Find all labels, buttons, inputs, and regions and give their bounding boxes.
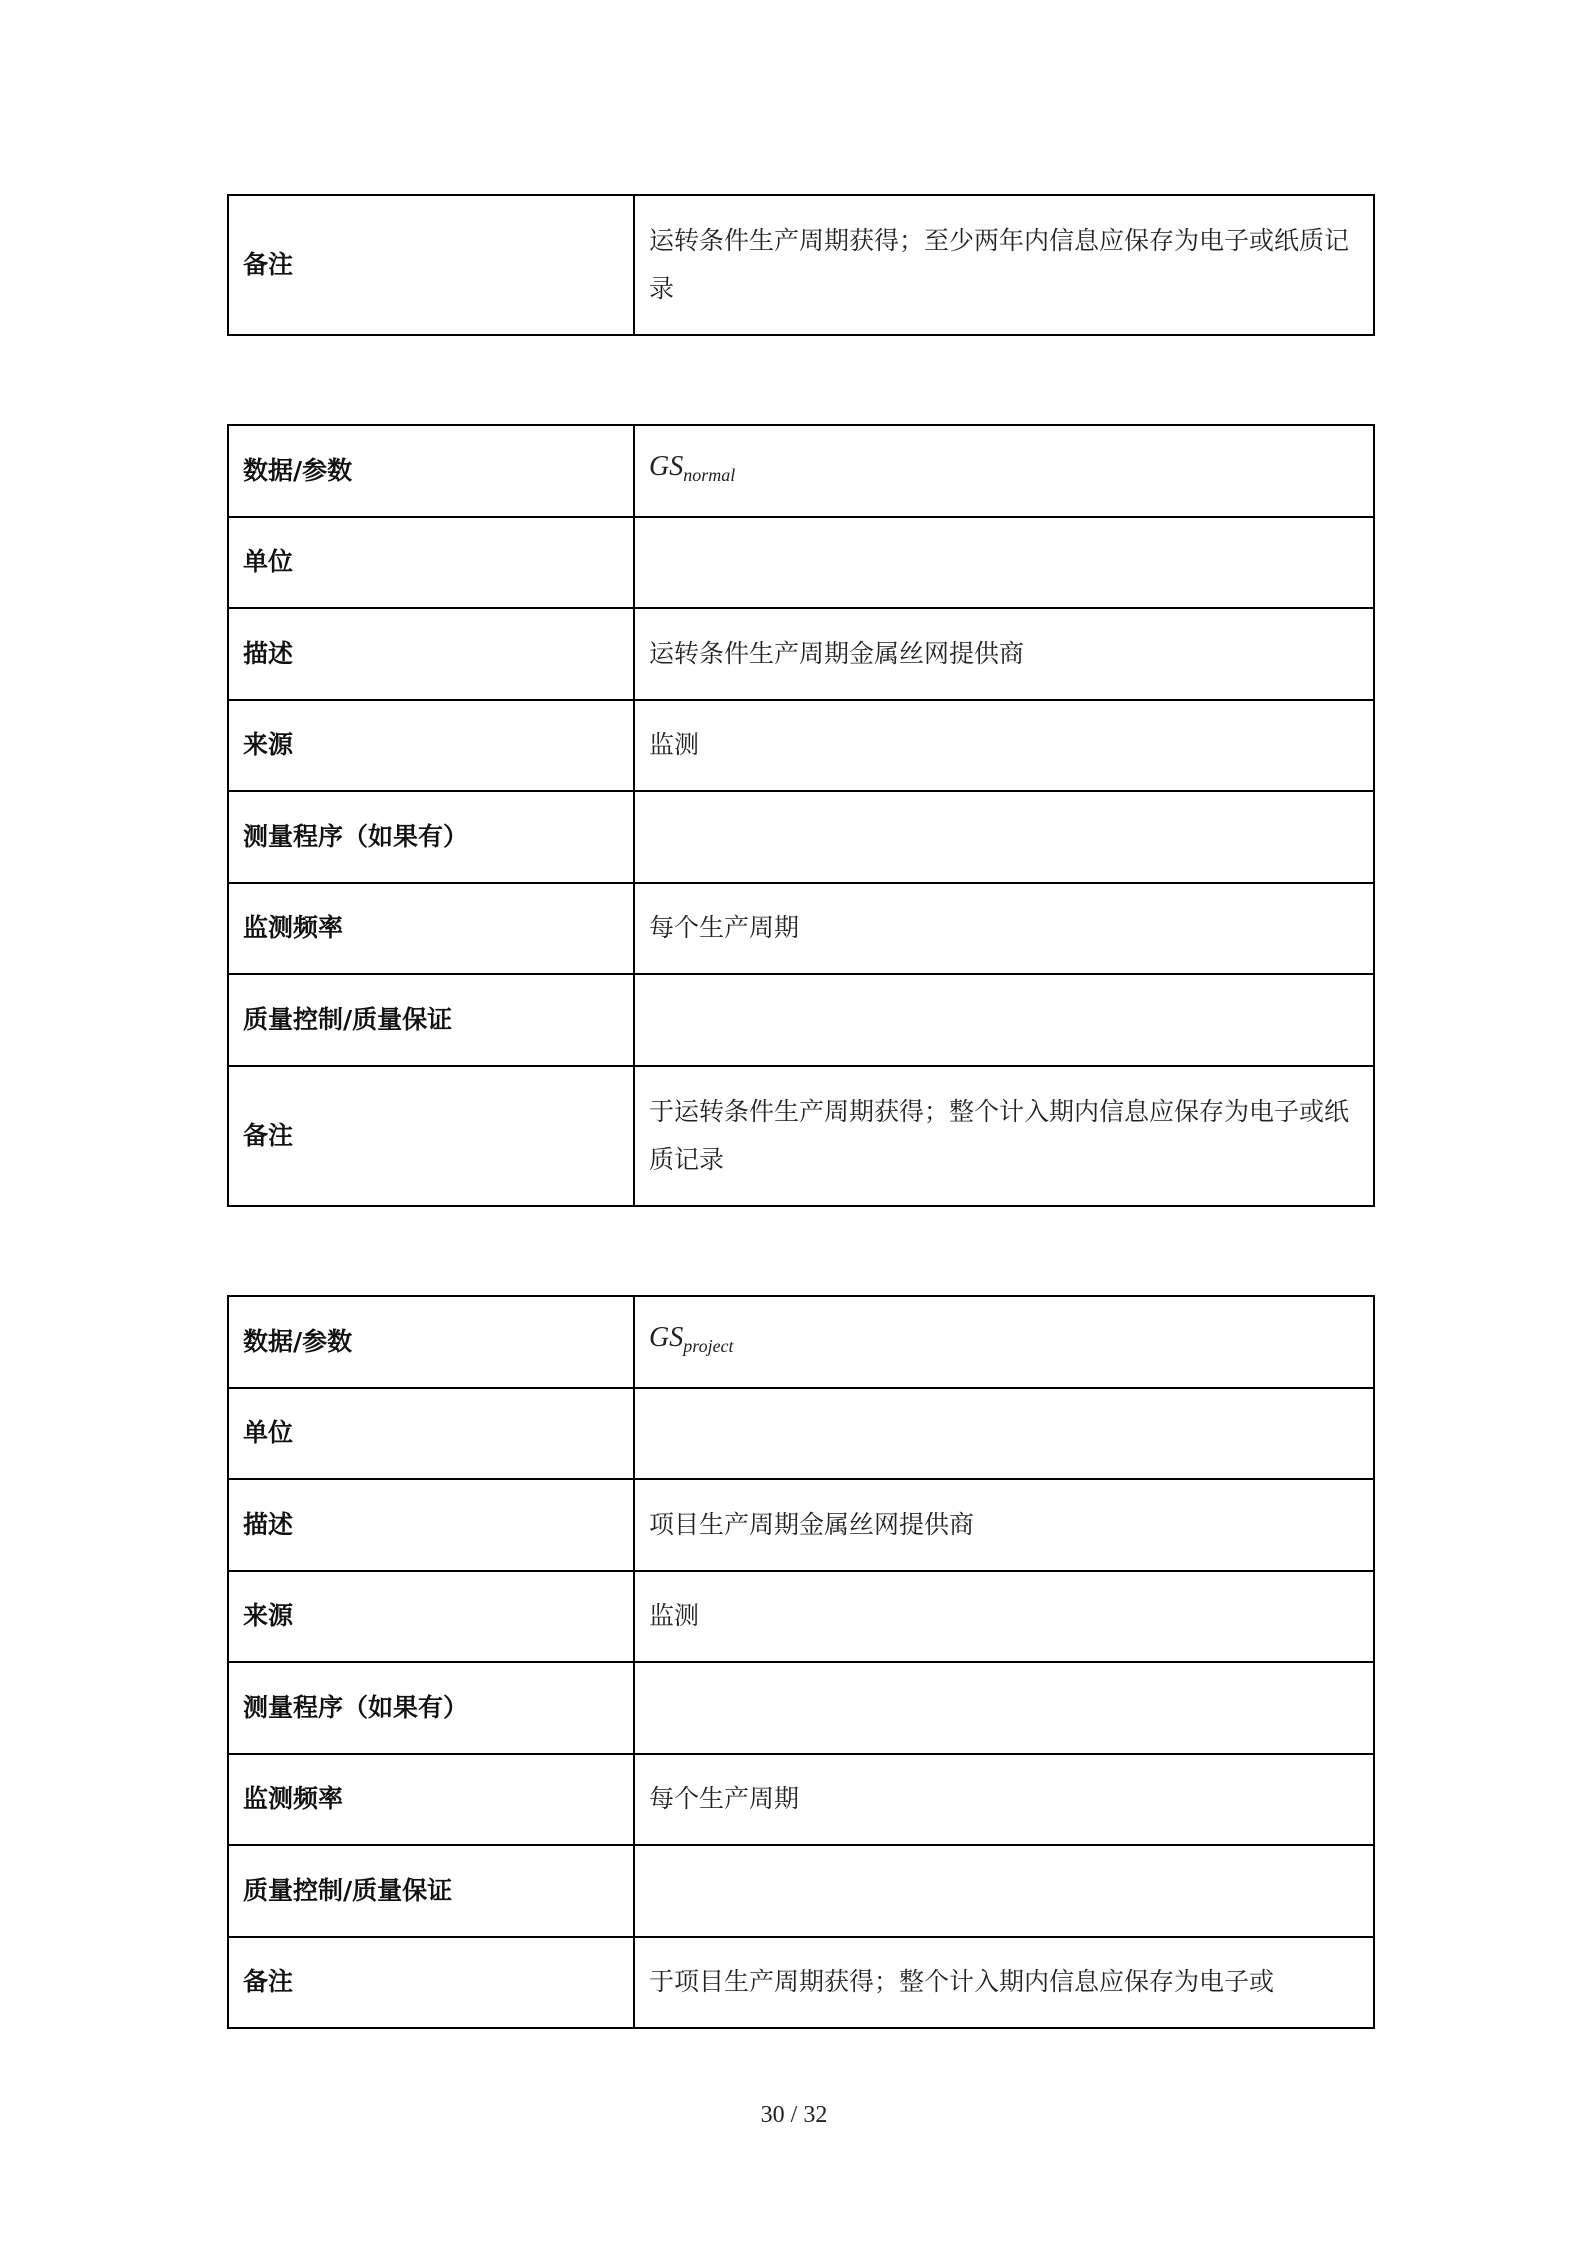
row-value [634, 1662, 1374, 1754]
row-value: 运转条件生产周期获得；至少两年内信息应保存为电子或纸质记录 [634, 195, 1374, 335]
symbol-base: GS [649, 1322, 683, 1353]
symbol-subscript: normal [683, 465, 735, 485]
table-row: 测量程序（如果有） [228, 791, 1374, 883]
parameter-table-continued: 备注 运转条件生产周期获得；至少两年内信息应保存为电子或纸质记录 [227, 194, 1375, 336]
row-value: 监测 [634, 700, 1374, 792]
table-row: 描述 项目生产周期金属丝网提供商 [228, 1479, 1374, 1571]
table-row: 备注 于项目生产周期获得；整个计入期内信息应保存为电子或 [228, 1937, 1374, 2029]
page-number: 30 / 32 [0, 2102, 1588, 2129]
row-label: 描述 [228, 608, 634, 700]
parameter-symbol: GSproject [634, 1296, 1374, 1388]
row-value [634, 1845, 1374, 1937]
row-label: 质量控制/质量保证 [228, 1845, 634, 1937]
row-value [634, 517, 1374, 609]
row-value [634, 974, 1374, 1066]
row-label: 来源 [228, 700, 634, 792]
row-label: 测量程序（如果有） [228, 1662, 634, 1754]
row-label: 来源 [228, 1571, 634, 1663]
parameter-table-gs-normal: 数据/参数 GSnormal 单位 描述 运转条件生产周期金属丝网提供商 来源 … [227, 424, 1375, 1207]
table-row: 监测频率 每个生产周期 [228, 1754, 1374, 1846]
row-label: 监测频率 [228, 883, 634, 975]
row-value: 于项目生产周期获得；整个计入期内信息应保存为电子或 [634, 1937, 1374, 2029]
table-row: 来源 监测 [228, 700, 1374, 792]
table-row: 质量控制/质量保证 [228, 974, 1374, 1066]
table-row: 单位 [228, 517, 1374, 609]
table-row: 备注 运转条件生产周期获得；至少两年内信息应保存为电子或纸质记录 [228, 195, 1374, 335]
row-value: 项目生产周期金属丝网提供商 [634, 1479, 1374, 1571]
row-value [634, 791, 1374, 883]
table-row: 质量控制/质量保证 [228, 1845, 1374, 1937]
table-row: 监测频率 每个生产周期 [228, 883, 1374, 975]
table-row: 数据/参数 GSnormal [228, 425, 1374, 517]
table-row: 备注 于运转条件生产周期获得；整个计入期内信息应保存为电子或纸质记录 [228, 1066, 1374, 1206]
table-row: 测量程序（如果有） [228, 1662, 1374, 1754]
table-row: 数据/参数 GSproject [228, 1296, 1374, 1388]
row-label: 测量程序（如果有） [228, 791, 634, 883]
row-value: 每个生产周期 [634, 1754, 1374, 1846]
row-label: 单位 [228, 1388, 634, 1480]
row-value: 每个生产周期 [634, 883, 1374, 975]
row-label: 数据/参数 [228, 425, 634, 517]
row-value: 监测 [634, 1571, 1374, 1663]
parameter-table-gs-project: 数据/参数 GSproject 单位 描述 项目生产周期金属丝网提供商 来源 监… [227, 1295, 1375, 2029]
row-label: 备注 [228, 1066, 634, 1206]
symbol-base: GS [649, 451, 683, 482]
row-label: 备注 [228, 1937, 634, 2029]
row-label: 单位 [228, 517, 634, 609]
table-row: 描述 运转条件生产周期金属丝网提供商 [228, 608, 1374, 700]
row-label: 描述 [228, 1479, 634, 1571]
parameter-symbol: GSnormal [634, 425, 1374, 517]
row-value: 运转条件生产周期金属丝网提供商 [634, 608, 1374, 700]
row-value: 于运转条件生产周期获得；整个计入期内信息应保存为电子或纸质记录 [634, 1066, 1374, 1206]
table-row: 来源 监测 [228, 1571, 1374, 1663]
row-label: 数据/参数 [228, 1296, 634, 1388]
row-value [634, 1388, 1374, 1480]
row-label: 备注 [228, 195, 634, 335]
table-row: 单位 [228, 1388, 1374, 1480]
row-label: 质量控制/质量保证 [228, 974, 634, 1066]
row-label: 监测频率 [228, 1754, 634, 1846]
symbol-subscript: project [683, 1336, 733, 1356]
